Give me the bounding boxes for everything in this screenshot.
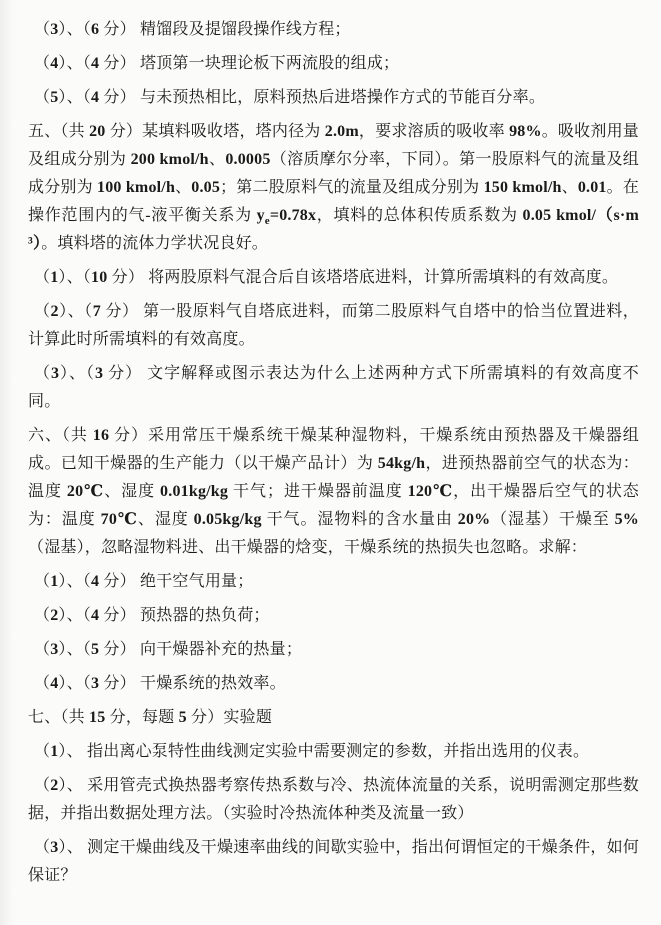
question-5-part-3: （3）、（3 分） 文字解释或图示表达为什么上述两种方式下所需填料的有效高度不同… [28,360,639,416]
question-6-part-4: （4）、（3 分） 干燥系统的热效率。 [28,670,639,698]
prev-question-part-3: （3）、（6 分） 精馏段及提馏段操作线方程； [28,16,639,44]
question-5-intro: 五、（共 20 分）某填料吸收塔，塔内径为 2.0m，要求溶质的吸收率 98%。… [28,118,639,258]
question-6-intro: 六、（共 16 分）采用常压干燥系统干燥某种湿物料，干燥系统由预热器及干燥器组成… [28,422,639,562]
question-7-part-1: （1）、 指出离心泵特性曲线测定实验中需要测定的参数，并指出选用的仪表。 [28,738,639,766]
exam-content: （3）、（6 分） 精馏段及提馏段操作线方程；（4）、（4 分） 塔顶第一块理论… [28,16,639,890]
question-6-part-2: （2）、（4 分） 预热器的热负荷； [28,602,639,630]
prev-question-part-4: （4）、（4 分） 塔顶第一块理论板下两流股的组成； [28,50,639,78]
question-6-part-3: （3）、（5 分） 向干燥器补充的热量； [28,636,639,664]
question-7-header: 七、（共 15 分，每题 5 分）实验题 [28,704,639,732]
prev-question-part-5: （5）、（4 分） 与未预热相比，原料预热后进塔操作方式的节能百分率。 [28,84,639,112]
question-7-part-3: （3）、 测定干燥曲线及干燥速率曲线的间歇实验中，指出何谓恒定的干燥条件，如何保… [28,834,639,890]
exam-document-page: （3）、（6 分） 精馏段及提馏段操作线方程；（4）、（4 分） 塔顶第一块理论… [0,0,661,925]
question-7-part-2: （2）、 采用管壳式换热器考察传热系数与冷、热流体流量的关系，说明需测定那些数据… [28,772,639,828]
question-5-part-2: （2）、（7 分） 第一股原料气自塔底进料，而第二股原料气自塔中的恰当位置进料，… [28,298,639,354]
question-6-part-1: （1）、（4 分） 绝干空气用量； [28,568,639,596]
question-5-part-1: （1）、（10 分） 将两股原料气混合后自该塔塔底进料，计算所需填料的有效高度。 [28,264,639,292]
